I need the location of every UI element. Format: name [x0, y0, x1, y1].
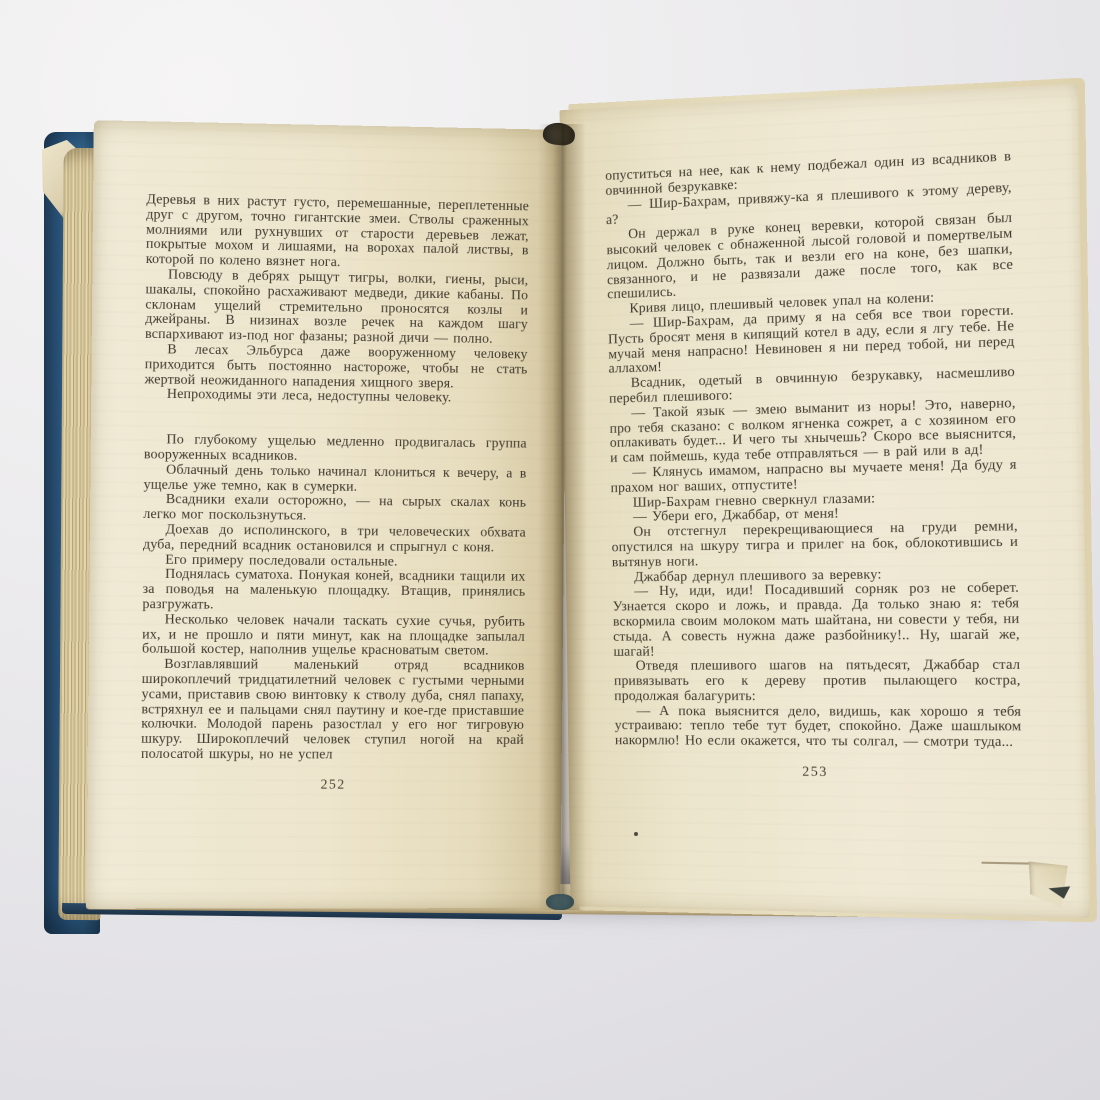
paragraph: Он отстегнул перекрещивающиеся на груди … [611, 519, 1018, 570]
paragraph: Деревья в них растут густо, перемешанные… [146, 192, 529, 273]
paragraph: Поднялась суматоха. Понукая коней, всадн… [142, 567, 525, 615]
paragraph: — Ну, иди, иди! Посадивший сорняк роз не… [612, 580, 1020, 659]
paragraph: Отведя плешивого шагов на пятьдесят, Джа… [614, 658, 1021, 704]
paragraph: Возглавлявший маленький отряд всадников … [141, 657, 525, 763]
right-page-number: 253 [615, 763, 1022, 781]
paragraph: — Такой язык — змею выманит из норы! Это… [609, 395, 1016, 465]
paragraph: — А пока выяснится дело, видишь, как хор… [614, 704, 1021, 751]
left-page-number: 252 [141, 777, 524, 793]
dog-eared-corner [981, 839, 1066, 907]
left-page-text: Деревья в них растут густо, перемешанные… [87, 120, 567, 792]
spine-gutter-bottom [546, 894, 574, 910]
ink-dot [634, 832, 638, 836]
right-page: опуститься на нее, как к нему подбежал о… [559, 84, 1090, 919]
photo-background: Деревья в них растут густо, перемешанные… [0, 0, 1100, 1100]
paragraph: Несколько человек начали таскать сухие с… [142, 612, 525, 659]
paragraph: Повсюду в дебрях рыщут тигры, волки, гие… [145, 267, 528, 347]
folded-corner [1029, 861, 1069, 908]
paragraph: Доехав до исполинского, в три человеческ… [143, 522, 526, 555]
paragraph: Он держал в руке конец веревки, которой … [606, 210, 1013, 302]
left-page: Деревья в них растут густо, перемешанные… [86, 120, 568, 909]
paragraph: Всадники ехали осторожно, — на сырых ска… [143, 492, 526, 526]
fold-crease [981, 862, 1030, 864]
right-page-text: опуститься на нее, как к нему подбежал о… [558, 83, 1089, 782]
paragraph: В лесах Эльбурса даже вооруженному челов… [145, 342, 528, 392]
